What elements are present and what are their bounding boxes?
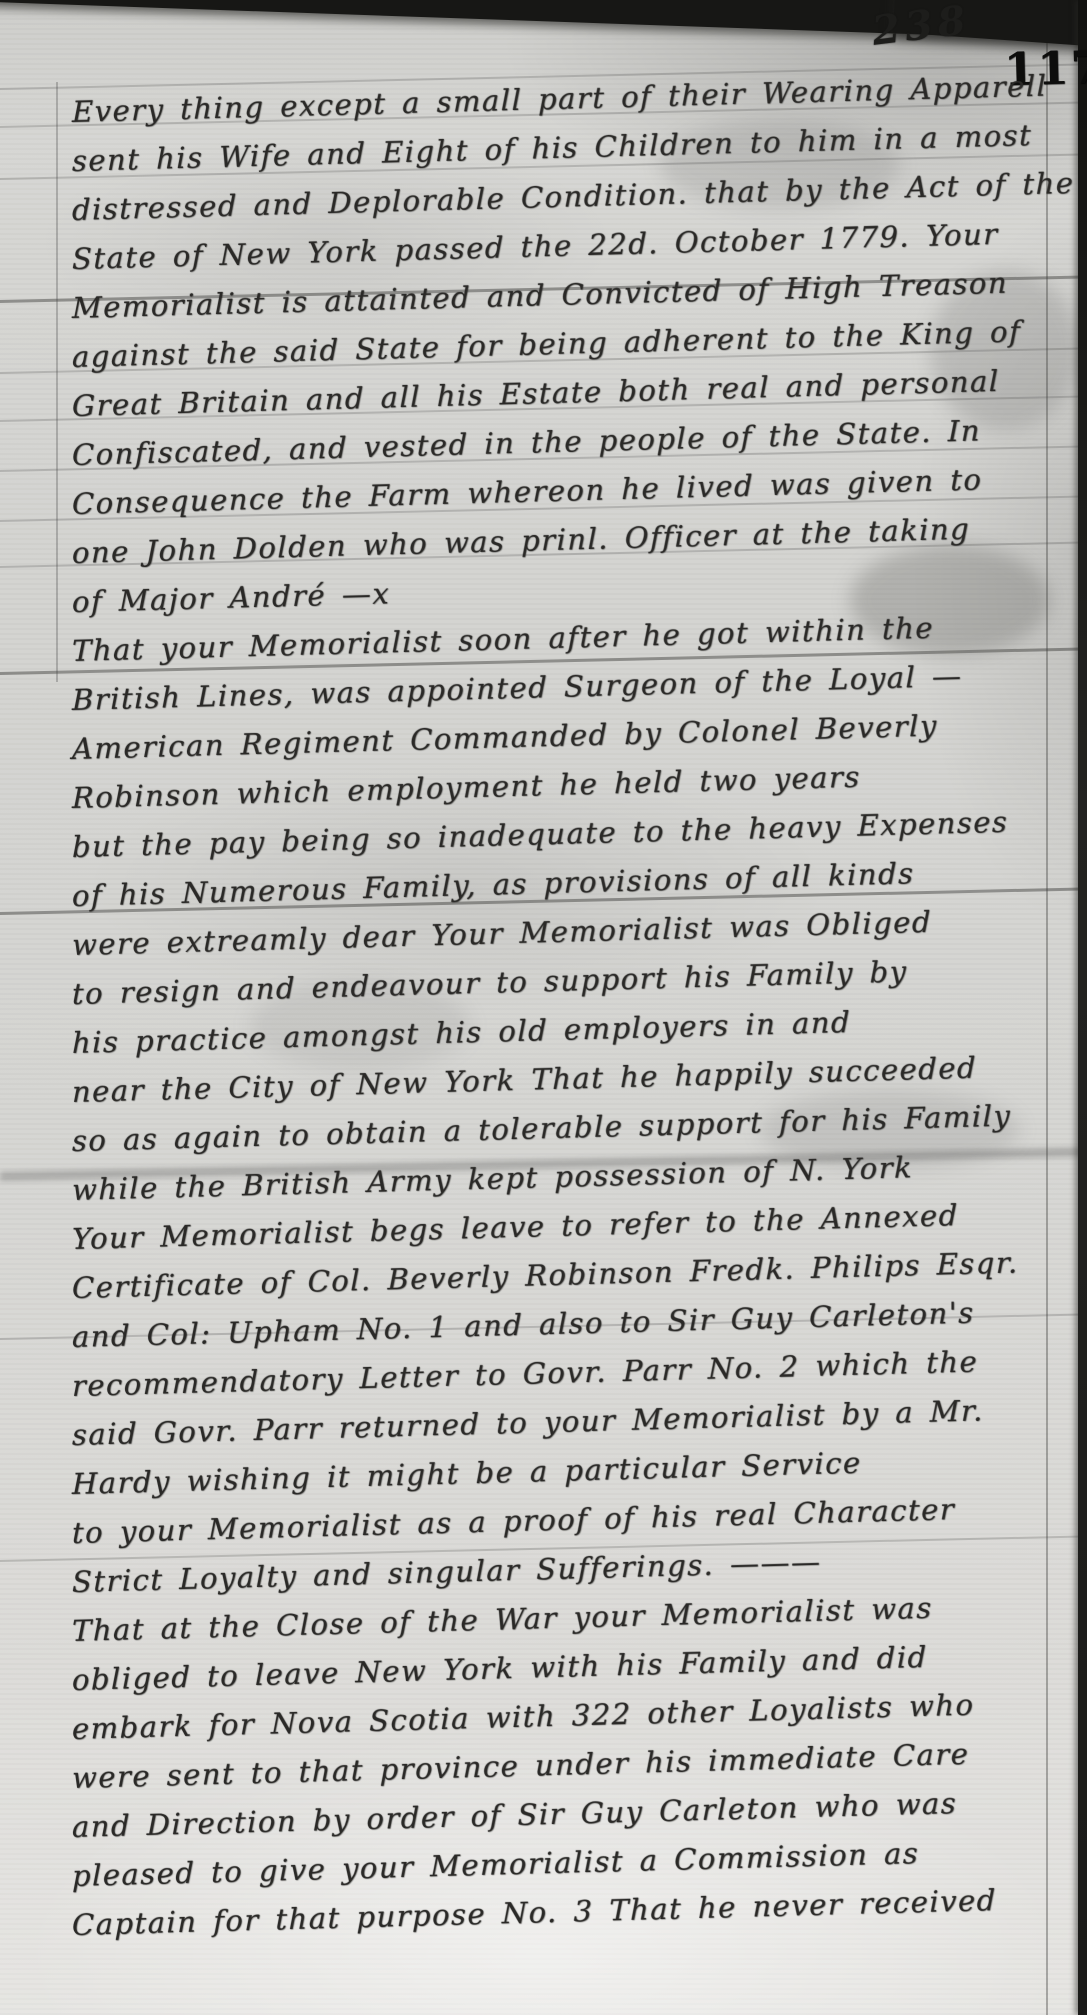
manuscript-text: Every thing except a small part of their… [72,61,1082,1950]
left-margin-rule [56,82,58,682]
document-page: 238 117 Every thing except a small part … [0,0,1087,2015]
